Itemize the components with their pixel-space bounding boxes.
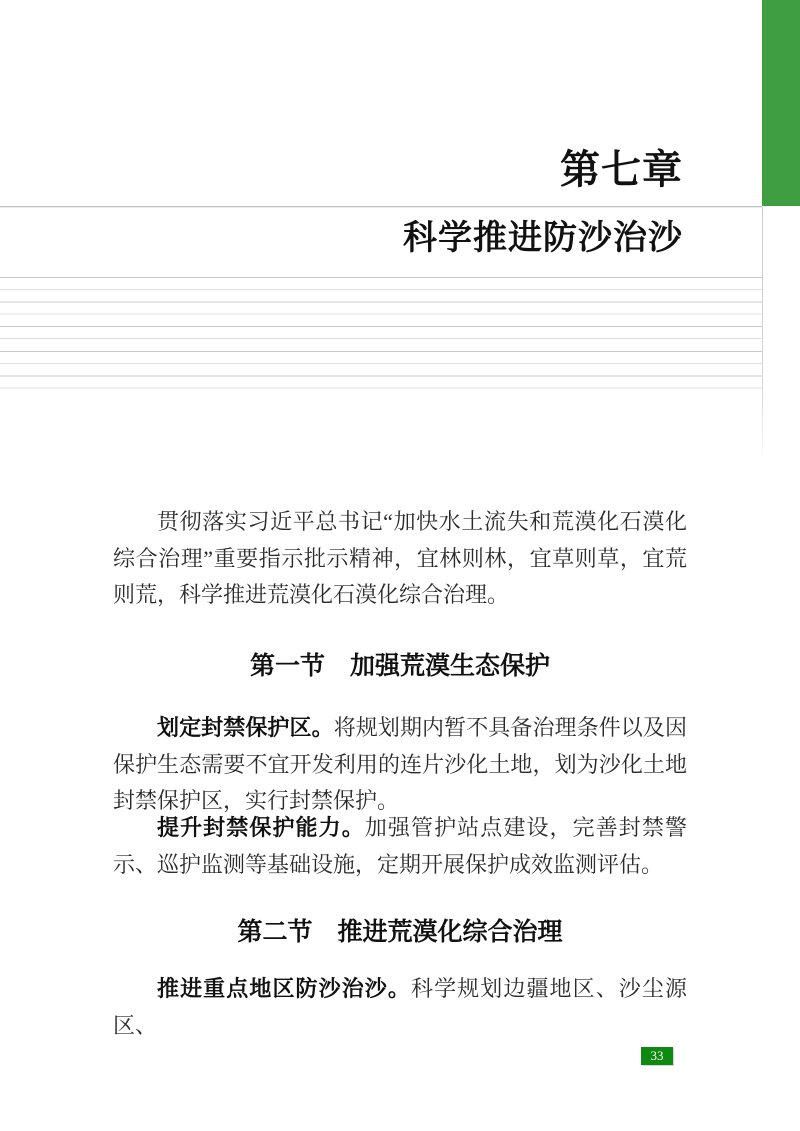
document-page: 第七章 科学推进防沙治沙 贯彻落实习近平总书记“加快水土流失和荒漠化石漠化综合治… (0, 0, 800, 1131)
section-1-paragraph-1: 划定封禁保护区。将规划期内暂不具备治理条件以及因保护生态需要不宜开发利用的连片沙… (113, 710, 687, 820)
chapter-number: 第七章 (560, 148, 683, 192)
chapter-accent-bar (762, 0, 800, 206)
right-margin-rule (762, 207, 763, 463)
intro-paragraph: 贯彻落实习近平总书记“加快水土流失和荒漠化石漠化综合治理”重要指示批示精神，宜林… (113, 504, 687, 614)
paragraph-lead: 提升封禁保护能力。 (157, 815, 365, 840)
section-2-paragraph-1: 推进重点地区防沙治沙。科学规划边疆地区、沙尘源区、 (113, 971, 687, 1044)
paragraph-lead: 划定封禁保护区。 (157, 715, 334, 740)
section-1-paragraph-2: 提升封禁保护能力。加强管护站点建设，完善封禁警示、巡护监测等基础设施，定期开展保… (113, 810, 687, 883)
paragraph-lead: 推进重点地区防沙治沙。 (157, 976, 411, 1001)
page-number-badge: 33 (641, 1047, 673, 1065)
decorative-ruled-lines (0, 277, 762, 389)
title-divider-rule (0, 206, 762, 207)
chapter-title: 科学推进防沙治沙 (403, 219, 683, 259)
section-2-heading: 第二节 推进荒漠化综合治理 (113, 916, 687, 948)
section-1-heading: 第一节 加强荒漠生态保护 (113, 650, 687, 682)
